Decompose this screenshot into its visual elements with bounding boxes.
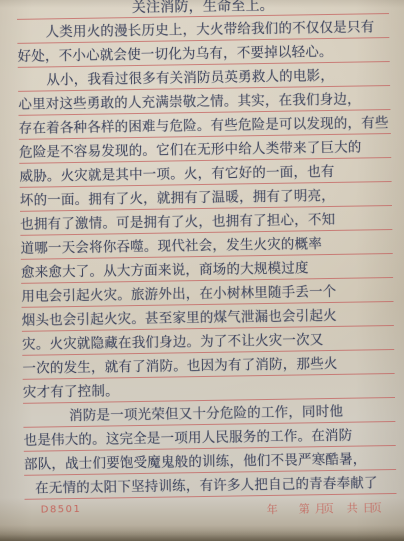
- notebook-page-photo: 关注消防，生命至上。 人类用火的漫长历史上，大火带给我们的不仅仅是只有 好处，不…: [0, 0, 404, 541]
- ruled-sheet: 关注消防，生命至上。 人类用火的漫长历史上，大火带给我们的不仅仅是只有 好处，不…: [0, 0, 404, 530]
- printed-footer: D8501 年 月 日 第 页 共 页: [25, 494, 397, 530]
- form-code: D8501: [41, 504, 82, 516]
- page-field-labels: 第 页 共 页: [299, 499, 383, 516]
